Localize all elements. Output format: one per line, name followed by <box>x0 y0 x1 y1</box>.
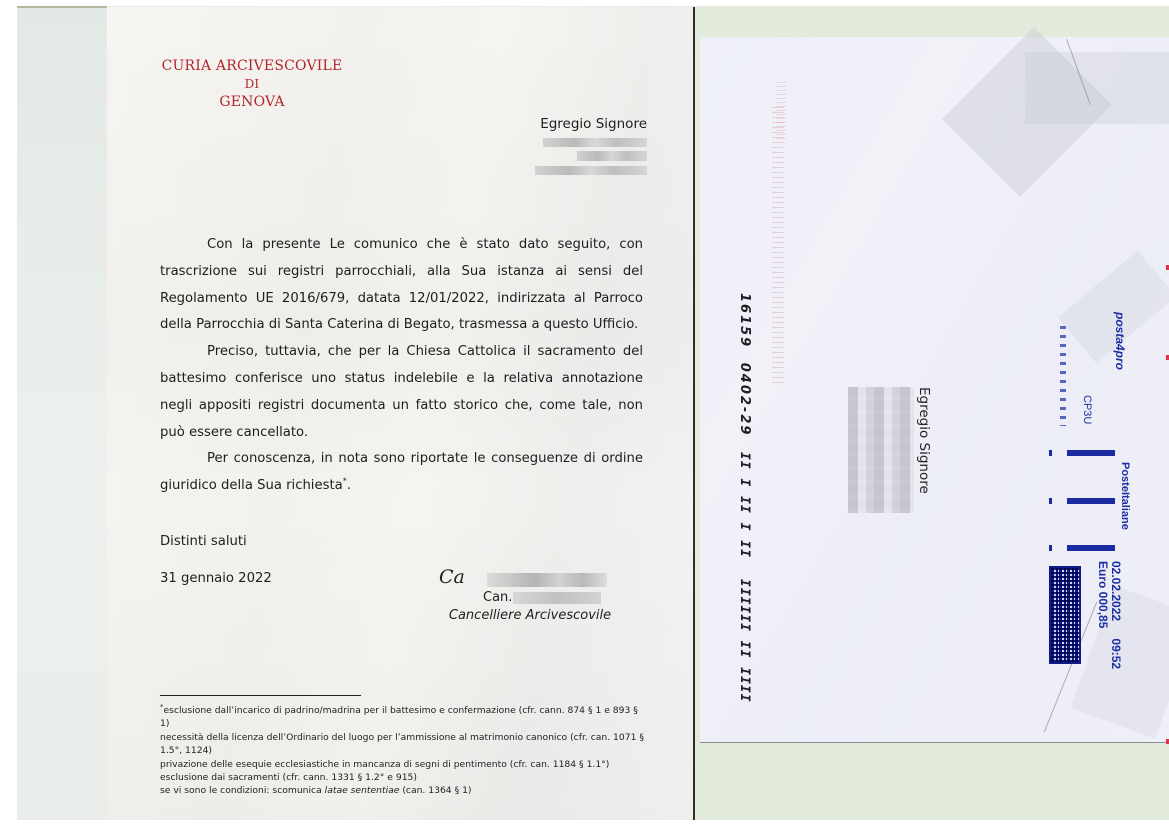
footnote-line: esclusione dai sacramenti (cfr. cann. 13… <box>160 771 647 784</box>
footnote-divider <box>160 695 361 696</box>
recipient-salutation: Egregio Signore <box>507 116 647 132</box>
envelope: 16159 0402-29 II I II I II IIIIII II III… <box>700 37 1169 743</box>
body-paragraph-3: Per conoscenza, in nota sono riportate l… <box>160 446 643 500</box>
footnote-line: necessità della licenza dell’Ordinario d… <box>160 731 647 758</box>
franking-mark <box>1049 450 1052 456</box>
footnote-text: esclusione dall’incarico di padrino/madr… <box>160 705 638 729</box>
redacted-envelope-address <box>848 387 914 513</box>
recipient-block: Egregio Signore <box>507 116 647 175</box>
postage-service: posta4pro <box>1113 312 1127 370</box>
signatory-prefix: Can. <box>483 590 512 605</box>
postage-amount: Euro 000,85 <box>1096 561 1110 628</box>
letter-body: Con la presente Le comunico che è stato … <box>160 232 643 500</box>
redacted-address-line <box>535 166 647 175</box>
postage-dotted-line <box>1060 326 1066 426</box>
scan-margin <box>0 820 1169 826</box>
footnote-text: se vi sono le condizioni: scomunica <box>160 785 325 796</box>
franking-mark <box>1049 498 1052 504</box>
signature-row: Ca <box>435 569 625 589</box>
sorting-bar-marks: IIIIII II IIII <box>737 579 752 703</box>
scan-margin <box>0 0 17 826</box>
footnote-line: privazione delle esequie ecclesiastiche … <box>160 758 647 771</box>
footnote-text: (can. 1364 § 1) <box>399 785 471 796</box>
franking-bar <box>1067 545 1115 551</box>
postage-code: CP3U <box>1081 395 1093 424</box>
footnote-line: se vi sono le condizioni: scomunica lata… <box>160 784 647 797</box>
postage-datetime: 02.02.2022 09:52 <box>1109 561 1123 669</box>
postage-date: 02.02.2022 <box>1109 561 1123 621</box>
closing: Distinti saluti <box>160 534 247 549</box>
sorting-bar-marks: II I II I II <box>737 452 752 558</box>
scan-margin <box>0 0 1169 6</box>
redacted-signatory-name <box>513 592 601 604</box>
franking-mark <box>1049 545 1052 551</box>
signature-block: Ca Can. Cancelliere Arcivescovile <box>435 569 625 624</box>
redacted-address-line <box>543 138 647 147</box>
signature-scribble: Ca <box>439 569 465 586</box>
sort-code: 16159 0402-29 <box>737 293 752 436</box>
franking-bar <box>1067 498 1115 504</box>
letterhead: CURIA ARCIVESCOVILE DI GENOVA <box>147 57 357 111</box>
footnote-italic-term: latae sententiae <box>325 785 400 796</box>
redacted-signature <box>487 573 607 587</box>
footnote-line: *esclusione dall’incarico di padrino/mad… <box>160 704 647 731</box>
signatory-name-row: Can. <box>435 589 625 606</box>
footnote-marker: * <box>343 477 347 486</box>
footnotes: *esclusione dall’incarico di padrino/mad… <box>160 704 647 798</box>
datamatrix-code <box>1049 566 1081 664</box>
body-paragraph-2: Preciso, tuttavia, che per la Chiesa Cat… <box>160 339 643 446</box>
letterhead-line-1: CURIA ARCIVESCOVILE <box>147 57 357 75</box>
signatory-title: Cancelliere Arcivescovile <box>435 607 625 624</box>
franking-bar <box>1067 450 1115 456</box>
redacted-address-line <box>577 151 647 161</box>
envelope-recipient: Egregio Signore <box>916 387 932 494</box>
postage-carrier: PosteItaliane <box>1119 462 1131 530</box>
body-paragraph-3-text: Per conoscenza, in nota sono riportate l… <box>160 451 643 493</box>
letter-date: 31 gennaio 2022 <box>160 571 272 586</box>
letterhead-line-2: DI <box>147 75 357 93</box>
faint-red-barcode <box>772 107 784 387</box>
letter-page: CURIA ARCIVESCOVILE DI GENOVA Egregio Si… <box>107 7 695 820</box>
postage-time: 09:52 <box>1109 638 1123 669</box>
scanner-background-left <box>17 7 107 819</box>
letterhead-line-3: GENOVA <box>147 93 357 111</box>
body-paragraph-1: Con la presente Le comunico che è stato … <box>160 232 643 339</box>
